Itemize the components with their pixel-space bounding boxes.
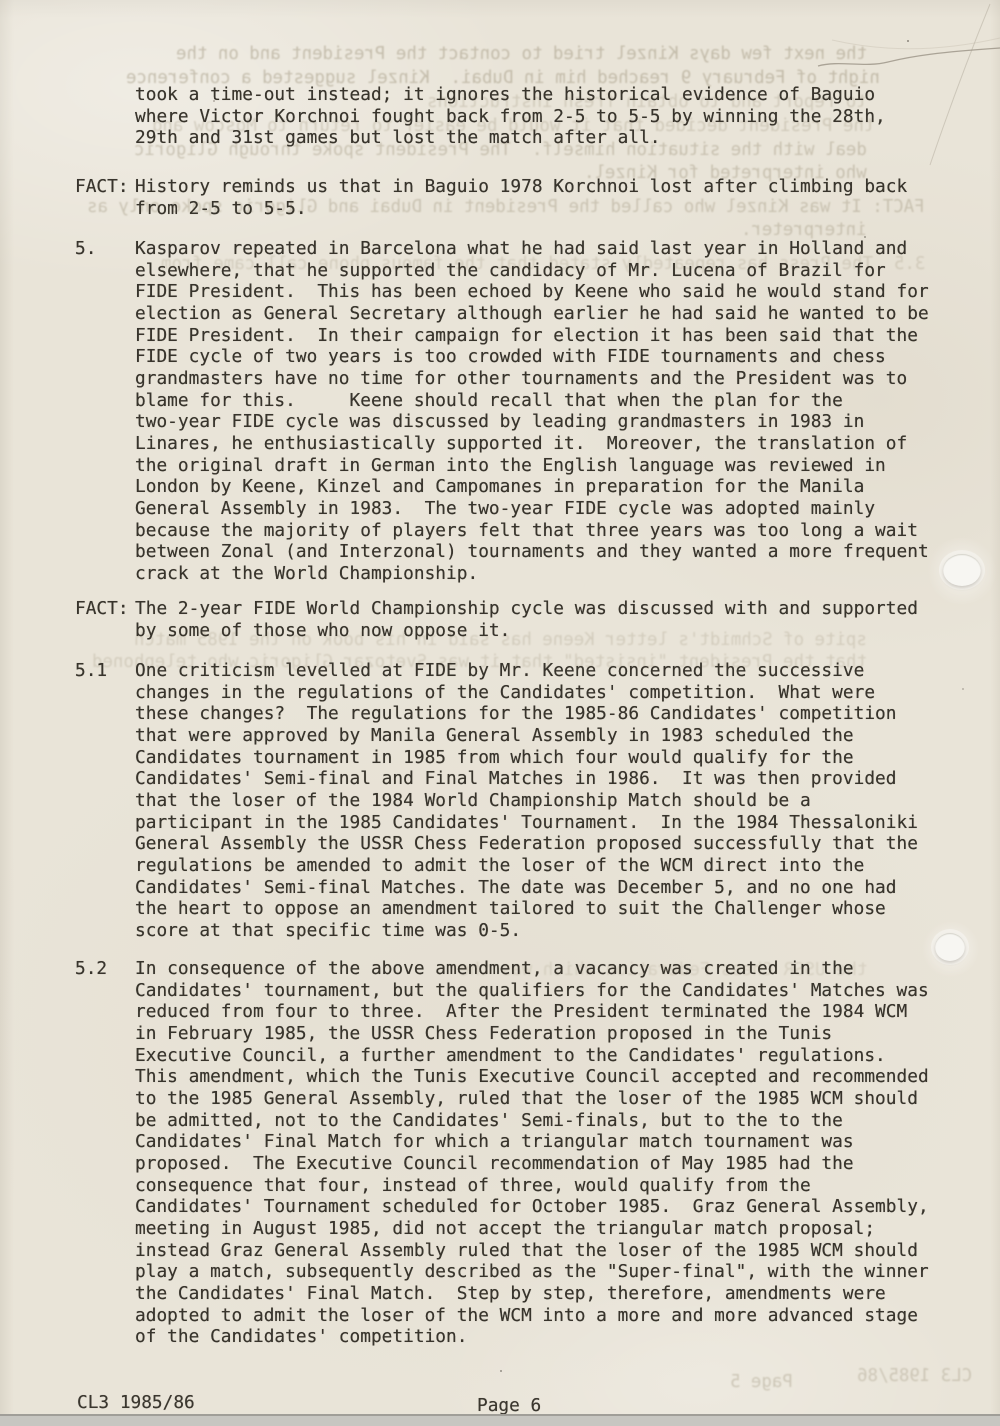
footer-page-number: Page 6 bbox=[477, 1395, 541, 1416]
paragraph-text: Kasparov repeated in Barcelona what he h… bbox=[135, 238, 1000, 585]
item-number: 5. bbox=[75, 238, 96, 260]
footer-doc-ref: CL3 1985/86 bbox=[77, 1392, 195, 1413]
item-number: 5.1 bbox=[75, 660, 107, 682]
paragraph-text: The 2-year FIDE World Championship cycle… bbox=[135, 598, 1000, 641]
paper-crease bbox=[780, 0, 1000, 170]
item-number: 5.2 bbox=[75, 958, 107, 980]
paragraph-item-5-1: 5.1 One criticism levelled at FIDE by Mr… bbox=[0, 660, 1000, 942]
bleedthrough-footer-page: Page 5 bbox=[730, 1372, 793, 1392]
bleedthrough-line: the next few days Kinzel tried to contac… bbox=[176, 44, 867, 64]
scanner-edge bbox=[0, 1414, 1000, 1426]
hole-punch-top bbox=[943, 554, 981, 586]
paragraph-item-5: 5. Kasparov repeated in Barcelona what h… bbox=[0, 238, 1000, 585]
paragraph-text: In consequence of the above amendment, a… bbox=[135, 958, 1000, 1348]
paragraph-text: One criticism levelled at FIDE by Mr. Ke… bbox=[135, 660, 1000, 942]
paragraph-fact-1: FACT: History reminds us that in Baguio … bbox=[0, 176, 1000, 219]
paragraph-item-5-2: 5.2 In consequence of the above amendmen… bbox=[0, 958, 1000, 1348]
scanned-document-page: the next few days Kinzel tried to contac… bbox=[0, 0, 1000, 1426]
fact-label: FACT: bbox=[75, 176, 129, 198]
fact-label: FACT: bbox=[75, 598, 129, 620]
hole-punch-bottom bbox=[935, 933, 965, 961]
paragraph-fact-2: FACT: The 2-year FIDE World Championship… bbox=[0, 598, 1000, 641]
paragraph-text: History reminds us that in Baguio 1978 K… bbox=[135, 176, 1000, 219]
bleedthrough-line: interpreter. bbox=[741, 220, 867, 240]
bleedthrough-footer-ref: CL3 1985/86 bbox=[857, 1366, 972, 1386]
ink-specks bbox=[0, 0, 2, 2]
